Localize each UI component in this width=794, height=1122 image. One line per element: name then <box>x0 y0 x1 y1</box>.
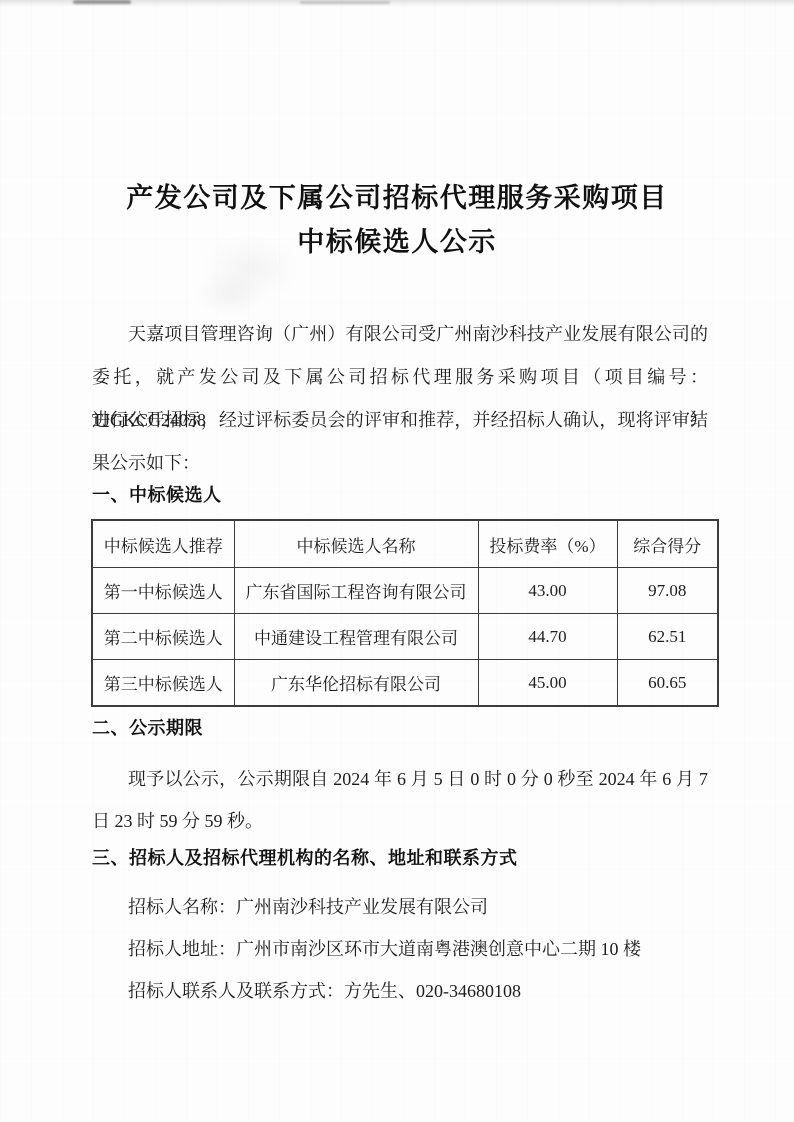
intro-line: 委托，就产发公司及下属公司招标代理服务采购项目（项目编号：TJGKCG24038… <box>92 356 708 399</box>
title-line-1: 产发公司及下属公司招标代理服务采购项目 <box>0 176 794 220</box>
publicity-period-paragraph: 现予以公示，公示期限自 2024 年 6 月 5 日 0 时 0 分 0 秒至 … <box>92 758 708 842</box>
cell-rate: 45.00 <box>478 660 617 707</box>
col-header-rank: 中标候选人推荐 <box>92 520 234 568</box>
cell-score: 97.08 <box>617 568 718 614</box>
cell-rate: 44.70 <box>478 614 617 660</box>
intro-line: 天嘉项目管理咨询（广州）有限公司受广州南沙科技产业发展有限公司的 <box>92 313 708 356</box>
cell-name: 中通建设工程管理有限公司 <box>234 614 478 660</box>
section-2-heading: 二、公示期限 <box>92 717 203 739</box>
cell-rank: 第三中标候选人 <box>92 660 234 707</box>
table-row: 第二中标候选人 中通建设工程管理有限公司 44.70 62.51 <box>92 614 718 660</box>
table-header-row: 中标候选人推荐 中标候选人名称 投标费率（%） 综合得分 <box>92 520 718 568</box>
col-header-rate: 投标费率（%） <box>478 520 617 568</box>
document-page: 产发公司及下属公司招标代理服务采购项目 中标候选人公示 天嘉项目管理咨询（广州）… <box>0 0 794 1122</box>
tenderer-contact-line: 招标人联系人及联系方式：方先生、020-34680108 <box>92 970 708 1012</box>
section-3-heading: 三、招标人及招标代理机构的名称、地址和联系方式 <box>92 847 518 869</box>
scan-smudge <box>73 0 131 4</box>
section-1-heading: 一、中标候选人 <box>92 484 222 506</box>
period-line: 现予以公示，公示期限自 2024 年 6 月 5 日 0 时 0 分 0 秒至 … <box>92 758 708 800</box>
period-line: 日 23 时 59 分 59 秒。 <box>92 800 708 842</box>
cell-score: 60.65 <box>617 660 718 707</box>
cell-rank: 第一中标候选人 <box>92 568 234 614</box>
cell-rate: 43.00 <box>478 568 617 614</box>
tenderer-address-line: 招标人地址：广州市南沙区环市大道南粤港澳创意中心二期 10 楼 <box>92 928 708 970</box>
cell-name: 广东省国际工程咨询有限公司 <box>234 568 478 614</box>
tenderer-name-line: 招标人名称：广州南沙科技产业发展有限公司 <box>92 886 708 928</box>
intro-line: 果公示如下： <box>92 442 708 485</box>
cell-rank: 第二中标候选人 <box>92 614 234 660</box>
candidates-table: 中标候选人推荐 中标候选人名称 投标费率（%） 综合得分 第一中标候选人 广东省… <box>91 519 717 707</box>
intro-line: 进行公开招标，经过评标委员会的评审和推荐，并经招标人确认，现将评审结 <box>92 399 708 442</box>
col-header-name: 中标候选人名称 <box>234 520 478 568</box>
intro-paragraph: 天嘉项目管理咨询（广州）有限公司受广州南沙科技产业发展有限公司的 委托，就产发公… <box>92 313 708 485</box>
cell-score: 62.51 <box>617 614 718 660</box>
contact-info-block: 招标人名称：广州南沙科技产业发展有限公司 招标人地址：广州市南沙区环市大道南粤港… <box>92 886 708 1012</box>
table-row: 第一中标候选人 广东省国际工程咨询有限公司 43.00 97.08 <box>92 568 718 614</box>
document-title: 产发公司及下属公司招标代理服务采购项目 中标候选人公示 <box>0 176 794 264</box>
scan-smudge <box>300 1 390 4</box>
table-row: 第三中标候选人 广东华伦招标有限公司 45.00 60.65 <box>92 660 718 707</box>
col-header-score: 综合得分 <box>617 520 718 568</box>
cell-name: 广东华伦招标有限公司 <box>234 660 478 707</box>
candidates-table-grid: 中标候选人推荐 中标候选人名称 投标费率（%） 综合得分 第一中标候选人 广东省… <box>91 519 719 707</box>
title-line-2: 中标候选人公示 <box>0 220 794 264</box>
